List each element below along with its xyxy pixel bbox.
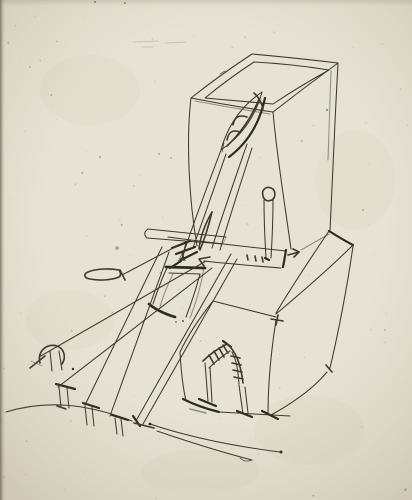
platform-ledge xyxy=(168,234,329,268)
speckle xyxy=(193,376,194,377)
speckle xyxy=(39,60,40,61)
cylinder-top xyxy=(263,187,275,200)
stake-leg xyxy=(115,418,117,434)
speckle xyxy=(185,208,186,209)
speckle xyxy=(201,296,202,297)
speckle xyxy=(248,244,249,245)
ledge-dash xyxy=(255,256,256,261)
speckle xyxy=(307,153,308,154)
tower-box xyxy=(189,54,338,249)
notable-speck xyxy=(158,153,159,154)
speckle xyxy=(228,102,230,104)
speckle xyxy=(405,253,406,254)
speckle xyxy=(0,419,2,422)
speckle xyxy=(56,40,58,42)
speckle xyxy=(182,307,184,309)
notable-speck xyxy=(94,1,96,3)
speckle xyxy=(69,347,70,348)
speckle xyxy=(84,471,85,472)
speckle xyxy=(304,357,305,358)
ridge-line xyxy=(213,301,276,317)
manuscript-sketch-page: A xyxy=(0,0,412,500)
right-block xyxy=(262,231,353,419)
speckle xyxy=(246,175,248,177)
speckle xyxy=(4,476,6,478)
speckle xyxy=(182,315,183,316)
speckle xyxy=(61,471,62,472)
speckle xyxy=(92,212,93,213)
speckle xyxy=(7,42,9,44)
paper-blotch xyxy=(255,395,365,465)
notable-speck xyxy=(326,109,328,111)
speckle xyxy=(198,200,199,201)
speckle xyxy=(14,262,15,263)
speckle xyxy=(242,205,243,206)
speckle xyxy=(193,35,195,37)
tower-front-right-edge xyxy=(273,112,291,249)
speckle xyxy=(178,289,179,290)
paper-blotch xyxy=(40,55,140,125)
hook-leg xyxy=(59,351,62,370)
speckle xyxy=(343,196,344,197)
speckle xyxy=(71,330,73,332)
paddle-blade xyxy=(85,269,121,280)
speckle xyxy=(81,172,84,175)
speckle xyxy=(323,452,324,453)
speckle xyxy=(244,36,246,38)
speckle xyxy=(134,396,135,397)
notable-speck xyxy=(384,329,386,331)
speckle xyxy=(380,452,381,453)
speckle xyxy=(121,224,123,226)
speckle xyxy=(152,38,153,39)
speckle xyxy=(361,427,363,429)
cylinder-base xyxy=(265,258,269,260)
speckle xyxy=(219,417,221,419)
stakes-row xyxy=(6,384,154,436)
speckle xyxy=(109,30,110,31)
speckle xyxy=(167,413,168,414)
stake-leg xyxy=(85,406,87,425)
speckle xyxy=(20,312,22,314)
speckle xyxy=(404,488,407,491)
ledge-dash xyxy=(262,257,263,262)
speckle xyxy=(314,223,315,224)
speckle xyxy=(130,255,131,256)
speckle xyxy=(407,290,408,291)
speckle xyxy=(106,19,107,20)
rail-line xyxy=(137,254,231,419)
speckle xyxy=(216,337,218,339)
notable-speck xyxy=(170,157,171,158)
speckle xyxy=(355,181,356,182)
speckle xyxy=(192,353,193,354)
speckle xyxy=(15,25,17,27)
speckle xyxy=(279,387,280,388)
roof-slope xyxy=(180,301,213,352)
block-left-edge xyxy=(276,231,329,313)
speckle xyxy=(312,495,314,497)
speckle xyxy=(48,29,49,30)
speckle xyxy=(118,480,119,481)
speckle xyxy=(67,327,68,328)
speckle xyxy=(270,125,271,126)
arch-building xyxy=(180,301,290,417)
paper-blotches xyxy=(25,55,395,494)
speckle xyxy=(407,125,408,126)
speckle xyxy=(176,362,177,363)
speckle xyxy=(405,383,406,384)
voussoir-hatch xyxy=(223,345,228,353)
ledge-dash xyxy=(247,255,248,260)
speckle xyxy=(175,166,176,167)
speckle xyxy=(40,410,41,411)
speckle xyxy=(133,185,134,186)
speckle xyxy=(21,293,22,294)
voussoir-hatch xyxy=(214,351,219,360)
speckle xyxy=(119,220,121,222)
speckle xyxy=(226,402,227,403)
paper-blotch xyxy=(25,290,115,350)
speckle xyxy=(306,26,307,27)
speckle xyxy=(45,7,46,8)
speckle xyxy=(7,62,8,63)
tower-left-edge xyxy=(189,98,197,246)
voussoir-hatch xyxy=(231,356,240,358)
speckle xyxy=(400,88,402,90)
block-front-vertical xyxy=(268,320,276,413)
voussoir-hatch xyxy=(209,355,214,364)
speckle xyxy=(98,240,99,241)
notable-speck xyxy=(99,156,101,158)
speckle xyxy=(372,231,373,232)
speckle xyxy=(365,122,367,124)
paddle-line xyxy=(122,246,177,275)
speckle xyxy=(112,312,114,314)
arch-left-leg xyxy=(210,367,212,402)
lens-heavy-arc xyxy=(229,98,265,157)
speckle xyxy=(24,131,26,133)
speckle xyxy=(159,438,160,439)
diagonal-tick xyxy=(30,356,45,368)
speckle xyxy=(247,223,249,225)
speckle xyxy=(151,135,152,136)
speckle xyxy=(368,163,369,164)
arch-left-leg xyxy=(205,363,208,401)
arch-right-leg xyxy=(245,387,248,413)
speckle xyxy=(70,420,72,422)
convergence-scribble xyxy=(170,241,210,268)
speckle xyxy=(392,474,393,475)
block-edge-tick xyxy=(326,365,332,372)
speckle xyxy=(302,399,303,400)
speckle xyxy=(385,342,387,344)
ghost-marks xyxy=(133,41,186,47)
speckle xyxy=(19,60,20,61)
speckle xyxy=(3,368,5,370)
speckle xyxy=(155,498,156,499)
speckle xyxy=(25,474,27,476)
speckle xyxy=(92,459,93,460)
voussoir-hatch xyxy=(219,348,224,357)
speckle xyxy=(273,31,275,33)
block-top-edge xyxy=(329,231,353,245)
paddle xyxy=(85,246,177,280)
speckle xyxy=(370,329,372,331)
notable-speck xyxy=(362,209,364,211)
speckle xyxy=(120,292,121,293)
speckle xyxy=(381,43,383,45)
speckle xyxy=(104,295,106,297)
stake-cap xyxy=(112,415,128,420)
speckle xyxy=(117,146,118,147)
ledge-end-cap xyxy=(283,250,286,267)
frame-top-bar xyxy=(166,267,205,268)
speckle xyxy=(279,353,280,354)
band-curve xyxy=(220,148,252,250)
hook-dot xyxy=(72,368,74,370)
speckle xyxy=(374,254,375,255)
speckle xyxy=(353,47,354,48)
paper-blotch xyxy=(315,130,395,230)
speckle xyxy=(203,475,204,476)
annotation-letter-a: A xyxy=(177,250,187,264)
speckle xyxy=(74,183,76,185)
speckle xyxy=(85,151,87,153)
speckle xyxy=(120,137,121,138)
speckle xyxy=(85,385,86,386)
stake-leg xyxy=(59,387,61,407)
notable-speck xyxy=(124,2,126,4)
notable-speck xyxy=(115,246,119,250)
sketch-drawing: A xyxy=(0,0,412,500)
stake-leg xyxy=(121,419,123,436)
speckle xyxy=(237,103,238,104)
speckle xyxy=(140,174,141,175)
ledge-front-edge xyxy=(204,261,281,268)
speckle xyxy=(249,304,250,305)
speckle xyxy=(65,489,66,490)
speckle xyxy=(259,157,260,158)
speckle xyxy=(97,162,98,163)
speckle xyxy=(28,318,29,319)
speckle xyxy=(308,274,310,276)
speckle xyxy=(300,140,303,143)
speckle xyxy=(168,86,169,87)
speckle xyxy=(31,359,32,360)
speckle xyxy=(288,68,289,69)
speckle xyxy=(386,312,387,313)
speckle xyxy=(168,396,169,397)
speckle xyxy=(334,219,335,220)
left-wall xyxy=(180,352,186,401)
hook-leg xyxy=(50,351,52,371)
arch-right-leg xyxy=(239,385,243,414)
speckle xyxy=(56,119,57,120)
speckle xyxy=(1,235,2,236)
frame-bottom-bar xyxy=(149,304,175,317)
notable-speck xyxy=(29,66,31,68)
speckle xyxy=(235,494,236,495)
rod-round-end xyxy=(145,229,148,238)
speckle xyxy=(154,80,156,82)
cylinder-left-side xyxy=(264,200,266,258)
speckle xyxy=(368,225,369,226)
speckle xyxy=(50,94,52,96)
speckle xyxy=(84,16,85,17)
speckle xyxy=(394,290,395,291)
speckle xyxy=(86,235,87,236)
paper-blotch xyxy=(140,450,260,494)
speckle xyxy=(168,498,169,499)
speckle xyxy=(313,125,315,127)
speckle xyxy=(255,437,256,438)
speckle xyxy=(257,454,258,455)
speckle xyxy=(98,294,99,295)
speckle xyxy=(48,474,49,475)
speckle xyxy=(34,16,35,17)
speckle xyxy=(283,396,284,397)
speckle xyxy=(200,340,202,342)
speckle xyxy=(9,198,10,199)
speckle xyxy=(231,46,233,48)
speckle xyxy=(65,44,66,45)
speckle xyxy=(26,440,28,442)
lens-curl-upper xyxy=(233,116,247,125)
speckle xyxy=(162,217,163,218)
